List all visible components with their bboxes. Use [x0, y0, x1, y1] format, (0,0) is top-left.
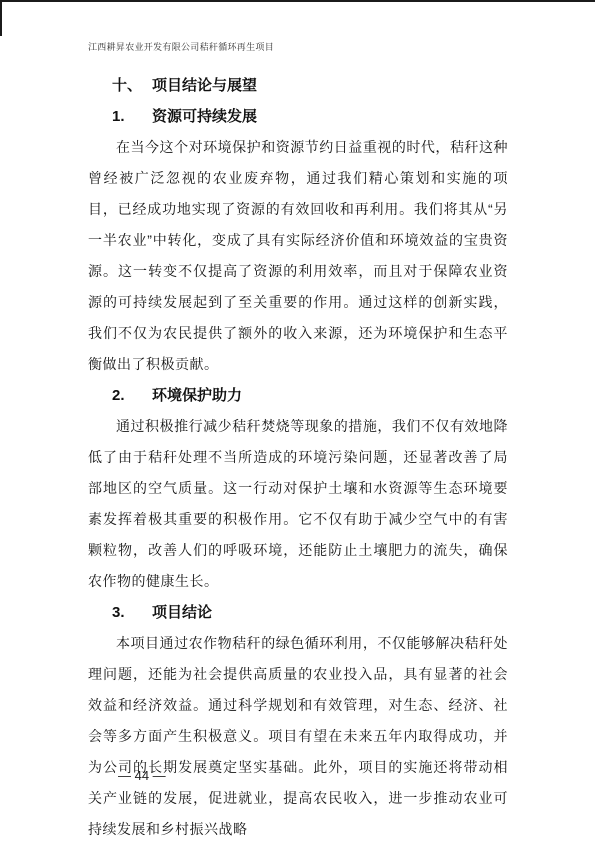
document-body: 十、项目结论与展望 1.资源可持续发展 在当今这个对环境保护和资源节约日益重视的…: [88, 70, 508, 841]
document-page: 江西耕昇农业开发有限公司秸秆循环再生项目 十、项目结论与展望 1.资源可持续发展…: [0, 0, 595, 841]
page-number: — 44 —: [118, 768, 166, 783]
window-top-edge: [0, 0, 595, 2]
section-2-heading: 2.环境保护助力: [88, 380, 508, 411]
section-3-heading: 3.项目结论: [88, 597, 508, 628]
chapter-number: 十、: [112, 70, 152, 101]
section-3-paragraph: 本项目通过农作物秸秆的绿色循环利用，不仅能够解决秸秆处理问题，还能为社会提供高质…: [88, 628, 508, 841]
section-1-number: 1.: [112, 101, 152, 132]
section-1-paragraph: 在当今这个对环境保护和资源节约日益重视的时代，秸秆这种曾经被广泛忽视的农业废弃物…: [88, 132, 508, 380]
chapter-title: 项目结论与展望: [152, 77, 257, 94]
section-1-heading: 1.资源可持续发展: [88, 101, 508, 132]
window-left-edge: [0, 0, 2, 36]
chapter-heading: 十、项目结论与展望: [88, 70, 508, 101]
page-header-project-title: 江西耕昇农业开发有限公司秸秆循环再生项目: [88, 40, 274, 53]
section-1-title: 资源可持续发展: [152, 108, 257, 125]
section-3-title: 项目结论: [152, 604, 212, 621]
section-3-number: 3.: [112, 597, 152, 628]
section-2-paragraph: 通过积极推行减少秸秆焚烧等现象的措施，我们不仅有效地降低了由于秸秆处理不当所造成…: [88, 411, 508, 597]
section-2-number: 2.: [112, 380, 152, 411]
section-2-title: 环境保护助力: [152, 387, 242, 404]
